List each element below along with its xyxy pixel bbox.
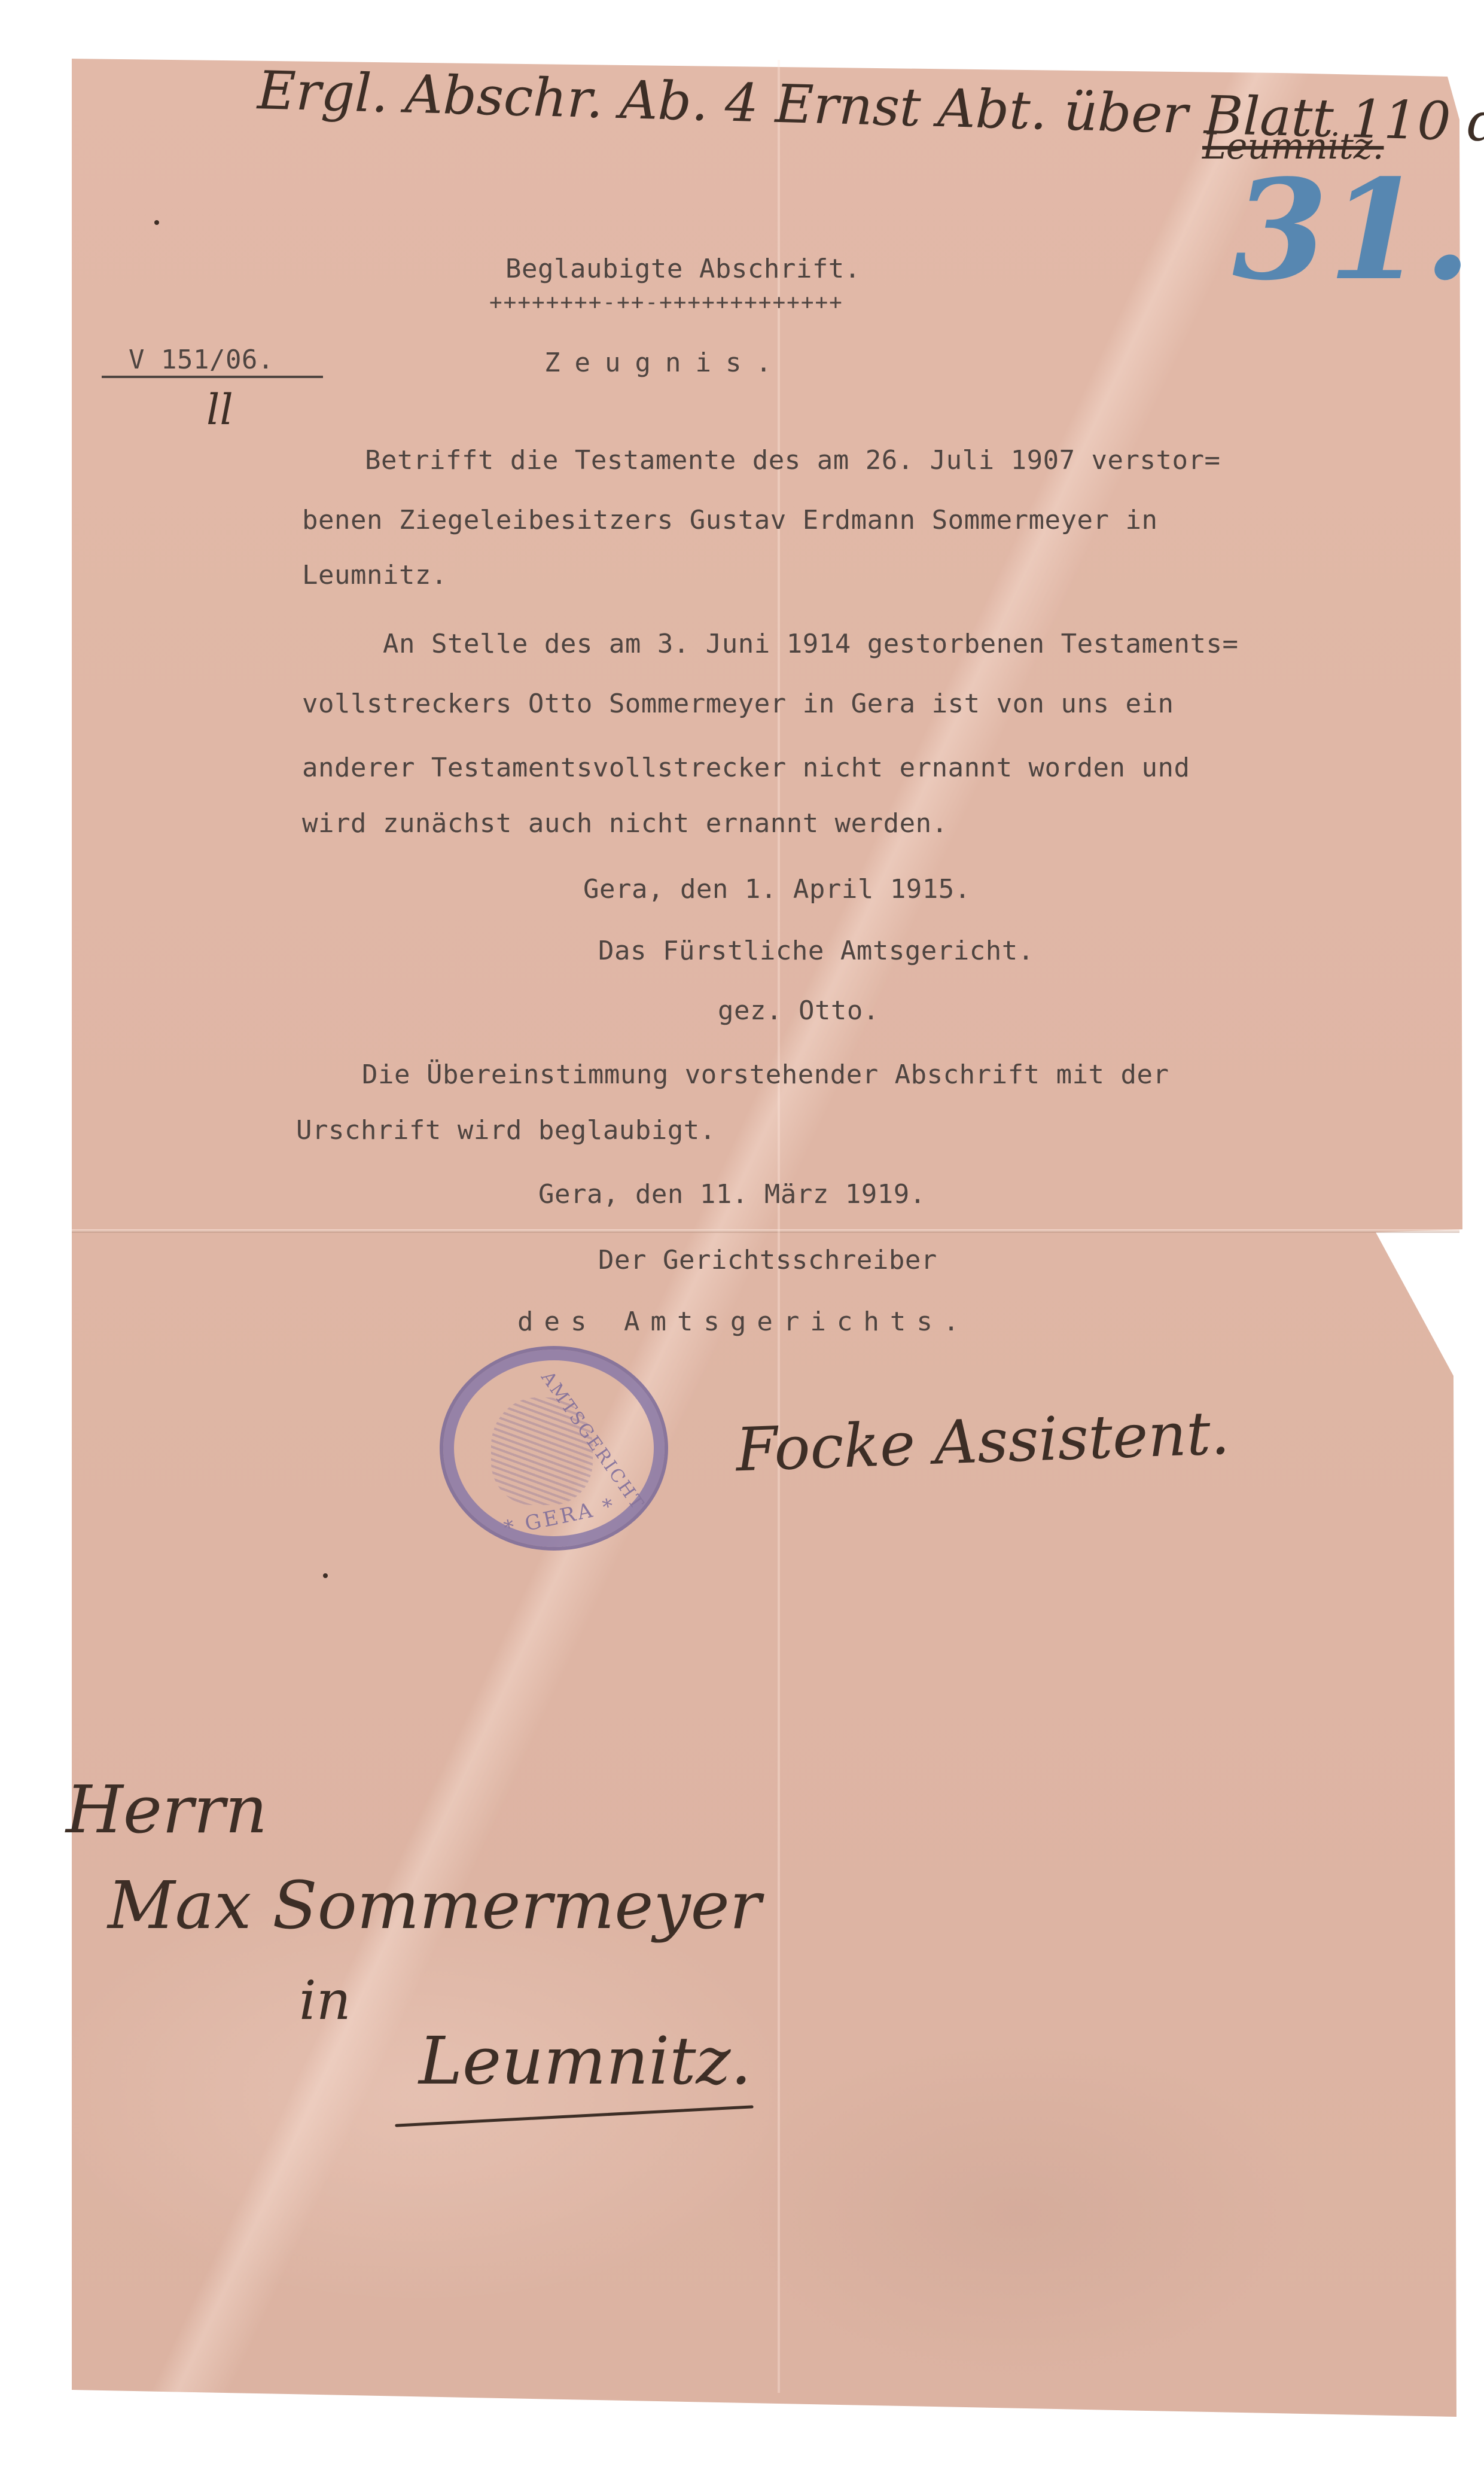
place-date-certification: Gera, den 11. März 1919. [538, 1181, 926, 1208]
clerk-signature: Focke Assistent. [735, 1403, 1231, 1481]
address-place: Leumnitz. [419, 2028, 751, 2094]
address-salutation: Herrn [66, 1777, 267, 1842]
file-reference-underline [102, 376, 323, 378]
paper-fold-vertical [778, 60, 780, 2393]
heading-zeugnis: Zeugnis. [544, 350, 786, 376]
signed-original: gez. Otto. [718, 998, 879, 1024]
certification-line: Urschrift wird beglaubigt. [296, 1117, 716, 1144]
file-reference: V 151/06. [129, 347, 274, 373]
body-line: Leumnitz. [302, 562, 447, 589]
address-name: Max Sommermeyer [108, 1872, 761, 1938]
court-name-original: Das Fürstliche Amtsgericht. [598, 938, 1034, 964]
court-seal-stamp: AMTSGERICHT * GERA * [440, 1346, 668, 1551]
body-line: vollstreckers Otto Sommermeyer in Gera i… [302, 691, 1174, 717]
certification-line: Die Übereinstimmung vorstehender Abschri… [362, 1062, 1169, 1088]
ink-speck [323, 1573, 328, 1578]
place-date-original: Gera, den 1. April 1915. [583, 876, 971, 903]
body-line: An Stelle des am 3. Juni 1914 gestorbene… [383, 631, 1238, 657]
paper-fold-horizontal [72, 1229, 1459, 1233]
body-line: Betrifft die Testamente des am 26. Juli … [365, 447, 1220, 474]
title-rule: ++++++++-++-+++++++++++++ [489, 292, 843, 313]
ink-speck [154, 220, 159, 225]
blue-pencil-folio-number: 31. [1232, 162, 1471, 299]
body-line: wird zunächst auch nicht ernannt werden. [302, 811, 948, 837]
clerk-title: Der Gerichtsschreiber [598, 1247, 937, 1274]
clerk-court: des Amtsgerichts. [517, 1309, 970, 1335]
file-reference-hand-mark: ll [206, 389, 233, 431]
document-title: Beglaubigte Abschrift. [505, 256, 861, 282]
address-preposition: in [299, 1974, 351, 2028]
body-line: anderer Testamentsvollstrecker nicht ern… [302, 755, 1190, 781]
body-line: benen Ziegeleibesitzers Gustav Erdmann S… [302, 507, 1157, 534]
